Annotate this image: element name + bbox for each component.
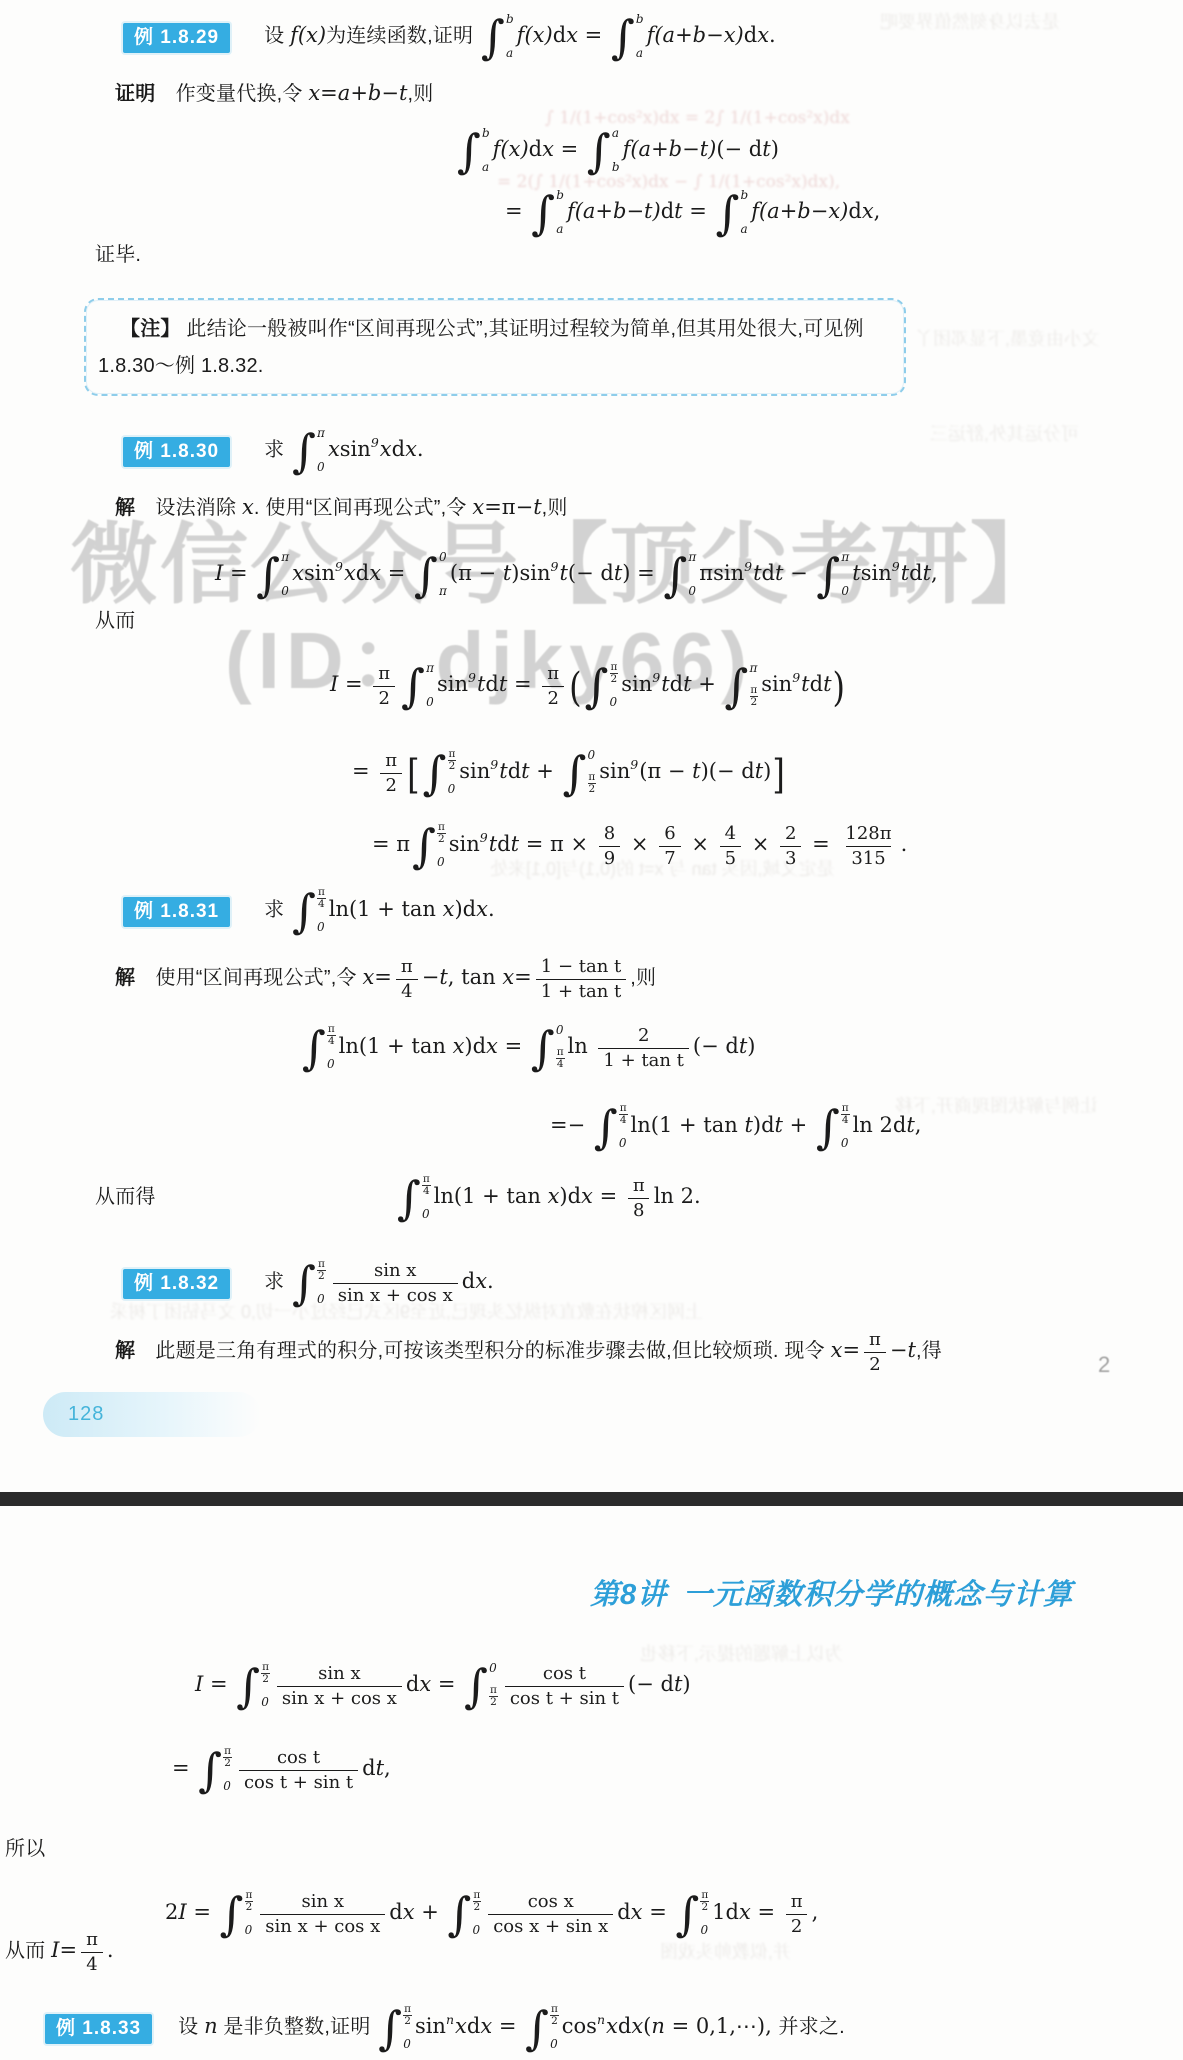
- note-box: 【注】 此结论一般被叫作“区间再现公式”,其证明过程较为简单,但其用处很大,可见…: [84, 298, 906, 396]
- example-1-8-33-row: 例 1.8.33设 n 是非负整数,证明 ∫π20sinnxdx = ∫π20c…: [45, 1984, 845, 2056]
- lecture-header: 第8讲一元函数积分学的概念与计算: [590, 1576, 1073, 1614]
- page-number: 128: [68, 1403, 104, 1425]
- scanned-textbook-page: 微信公众号【顶尖考研】 (ID：djky66) ∫ 1/(1+cos²x)dx …: [0, 0, 1183, 2060]
- connective-conger: 从而: [95, 606, 135, 636]
- equation-ex30-line1: I = ∫π0xsin9xdx = ∫0π(π − t)sin9t(− dt) …: [215, 536, 938, 598]
- example-1-8-29-badge: 例 1.8.29: [123, 23, 230, 53]
- bleed-through-artifact: 可分运其外,舒运三: [930, 420, 1079, 446]
- qed-text: 证毕.: [95, 240, 141, 270]
- equation-ex31-line2: =− ∫π40ln(1 + tan t)dt + ∫π40ln 2dt,: [550, 1092, 921, 1158]
- solution-line-ex32: 解 此题是三角有理式的积分,可按该类型积分的标准步骤去做,但比较烦琐. 现令 x…: [115, 1320, 942, 1380]
- example-1-8-33-statement: 设 n 是非负整数,证明 ∫π20sinnxdx = ∫π20cosnxdx(n…: [178, 2020, 845, 2037]
- equation-page2-line3: 2I = ∫π20sin xsin x + cos xdx + ∫π20cos …: [165, 1876, 818, 1948]
- example-1-8-31-badge: 例 1.8.31: [123, 897, 230, 927]
- example-1-8-30-statement: 求 ∫π0xsin9xdx.: [264, 443, 423, 460]
- equation-page2-line2: = ∫π20cos tcos t + sin tdt,: [172, 1732, 391, 1804]
- equation-ex31-line1: ∫π40ln(1 + tan x)dx = ∫0π4ln 21 + tan t(…: [300, 1012, 756, 1080]
- solution-line-ex31: 解 使用“区间再现公式”,令 x=π4−t, tan x=1 − tan t1 …: [115, 942, 656, 1012]
- lecture-title: 一元函数积分学的概念与计算: [683, 1579, 1073, 1611]
- connective-suoyi: 所以: [5, 1834, 45, 1864]
- page-number-pill: 128: [43, 1392, 261, 1437]
- example-1-8-29-row: 例 1.8.29设 f(x)为连续函数,证明 ∫baf(x)dx = ∫baf(…: [123, 4, 776, 66]
- equation-ex29-line1: ∫baf(x)dx = ∫abf(a+b−t)(− dt): [455, 118, 779, 180]
- note-line-1: 【注】 此结论一般被叫作“区间再现公式”,其证明过程较为简单,但其用处很大,可见…: [98, 311, 892, 348]
- solution-line-ex30: 解 设法消除 x. 使用“区间再现公式”,令 x=π−t,则: [115, 490, 568, 524]
- example-1-8-31-row: 例 1.8.31求 ∫π40ln(1 + tan x)dx.: [123, 874, 495, 944]
- example-1-8-32-badge: 例 1.8.32: [123, 1269, 230, 1299]
- equation-ex30-line4: = π∫π20sin9tdt = π × 89 × 67 × 45 × 23 =…: [372, 802, 907, 874]
- equation-ex29-line2: = ∫baf(a+b−t)dt = ∫baf(a+b−x)dx,: [505, 180, 880, 242]
- note-line-2: 1.8.30～例 1.8.32.: [98, 348, 892, 385]
- bleed-through-artifact: 文小由竟墨,下显邓团丫: [915, 325, 1100, 351]
- equation-page2-line1: I = ∫π20sin xsin x + cos xdx = ∫0π2cos t…: [195, 1648, 691, 1720]
- proof-label-line: 证明 作变量代换,令 x=a+b−t,则: [115, 76, 433, 110]
- conclusion-line: 从而 I=π4.: [5, 1924, 114, 1976]
- example-1-8-30-row: 例 1.8.30求 ∫π0xsin9xdx.: [123, 410, 424, 476]
- example-1-8-31-statement: 求 ∫π40ln(1 + tan x)dx.: [264, 903, 495, 920]
- equation-ex31-line3: ∫π40ln(1 + tan x)dx = π8ln 2.: [395, 1162, 701, 1230]
- example-1-8-32-row: 例 1.8.32求 ∫π20sin xsin x + cos xdx.: [123, 1244, 494, 1318]
- lecture-number: 第8讲: [590, 1579, 667, 1611]
- example-1-8-29-statement: 设 f(x)为连续函数,证明 ∫baf(x)dx = ∫baf(a+b−x)dx…: [264, 29, 776, 46]
- equation-ex30-line3: = π2[∫π20sin9tdt + ∫0π2sin9(π − t)(− dt)…: [352, 729, 786, 801]
- bleed-through-artifact: 让例与解状图现商开,下移: [895, 1092, 1098, 1118]
- example-1-8-33-badge: 例 1.8.33: [45, 2014, 152, 2044]
- bleed-through-artifact: 是去以身刻然值界要吧: [880, 8, 1060, 34]
- page-divider-band: [0, 1492, 1183, 1506]
- equation-ex30-line2: I = π2∫π0sin9tdt = π2(∫π20sin9tdt + ∫ππ2…: [330, 642, 846, 714]
- bleed-through-artifact: 2: [1098, 1352, 1110, 1378]
- example-1-8-32-statement: 求 ∫π20sin xsin x + cos xdx.: [264, 1275, 494, 1292]
- example-1-8-30-badge: 例 1.8.30: [123, 437, 230, 467]
- connective-congerde: 从而得: [95, 1182, 156, 1212]
